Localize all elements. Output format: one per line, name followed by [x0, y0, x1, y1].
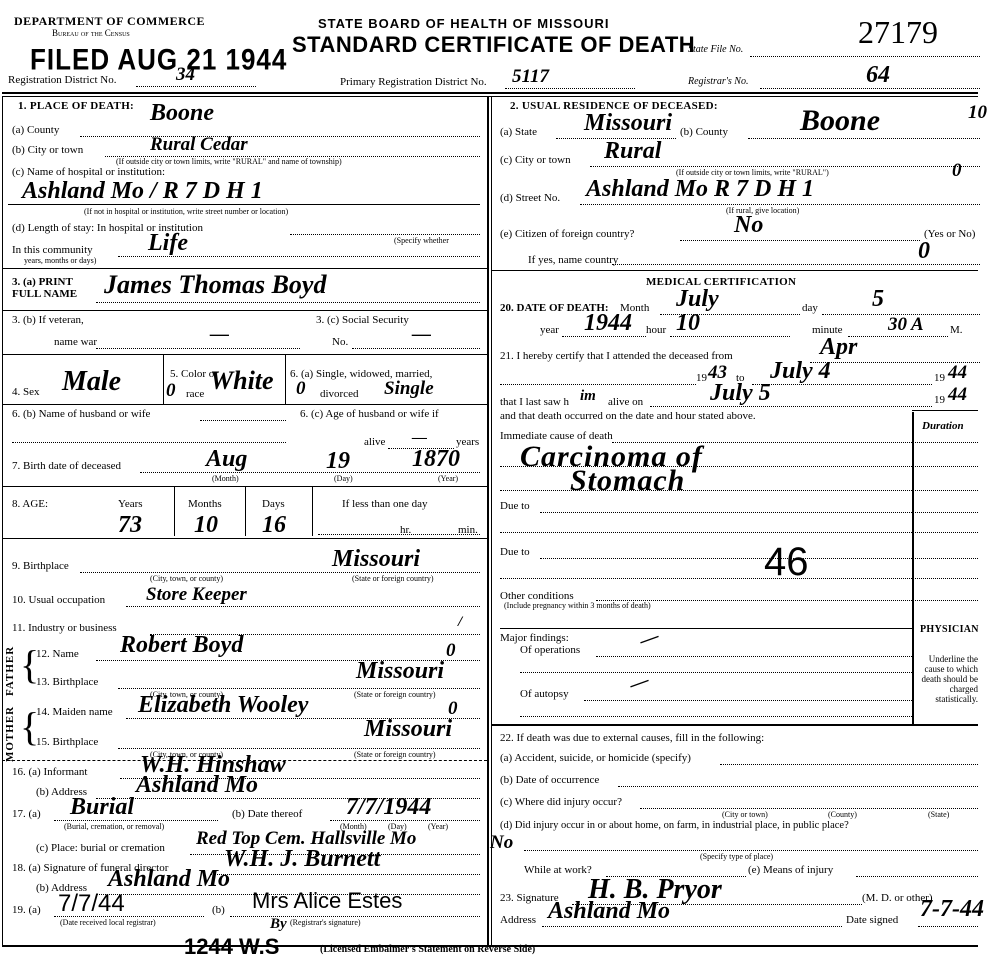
registrar-sig-note: (Registrar's signature) — [290, 918, 361, 927]
specify-note: (Specify whether — [394, 236, 449, 245]
community-label: In this community — [12, 244, 93, 256]
death-month-value: July — [676, 286, 719, 313]
of-operations-label: Of operations — [520, 644, 580, 656]
spouse-age-value: — — [412, 430, 427, 447]
director-address-value: Ashland Mo — [108, 866, 230, 893]
full-name-value: James Thomas Boyd — [104, 270, 326, 300]
mother-side-label: MOTHER — [4, 700, 16, 762]
death-year-value: 1944 — [584, 310, 632, 337]
foreign-country-value: 0 — [918, 238, 930, 265]
burial-place-label: (c) Place: burial or cremation — [36, 842, 165, 854]
full-name-label-2: FULL NAME — [12, 288, 77, 300]
alive-label: alive — [364, 436, 385, 448]
physician-address-value: Ashland Mo — [548, 898, 670, 925]
birth-year-value: 1870 — [412, 446, 460, 473]
citizen-value: No — [734, 212, 763, 239]
injury-location-label: (c) Where did injury occur? — [500, 796, 622, 808]
attended-to-year: 44 — [948, 362, 967, 384]
occupation-value: Store Keeper — [146, 584, 247, 606]
death-city-value: Rural Cedar — [150, 134, 248, 156]
injury-county-note: (County) — [828, 810, 857, 819]
mother-birthplace-label: 15. Birthplace — [36, 736, 98, 748]
birthplace-city-note: (City, town, or county) — [150, 574, 223, 583]
alive-on-label: alive on — [608, 396, 643, 408]
disposal-date-value: 7/7/1944 — [346, 794, 431, 821]
age-days-value: 16 — [262, 512, 286, 539]
dept-heading: DEPARTMENT OF COMMERCE — [14, 14, 205, 29]
race-code: 0 — [166, 380, 176, 402]
ssn-value: — — [412, 324, 431, 346]
hospital-note: (If not in hospital or institution, writ… — [84, 207, 288, 216]
last-saw-pronoun: im — [580, 388, 596, 405]
birth-day-value: 19 — [326, 448, 350, 475]
father-state-note: (State or foreign country) — [354, 690, 436, 699]
registrar-sig-label: (b) — [212, 904, 225, 916]
death-year-label: year — [540, 324, 559, 336]
funeral-director-value: W.H. J. Burnett — [224, 846, 380, 873]
footer-code: 1244 W.S — [184, 934, 279, 960]
birthplace-state-note: (State or foreign country) — [352, 574, 434, 583]
last-saw-date: July 5 — [710, 380, 771, 407]
physician-note: Underline the cause to which death shoul… — [914, 654, 978, 704]
foreign-country-label: If yes, name country — [528, 254, 618, 266]
residence-state-value: Missouri — [584, 110, 672, 137]
informant-label: 16. (a) Informant — [12, 766, 87, 778]
informant-address-value: Ashland Mo — [136, 772, 258, 799]
hospital-label: (c) Name of hospital or institution: — [12, 166, 165, 178]
state-file-label: State File No. — [688, 44, 743, 55]
race-label: race — [186, 388, 204, 400]
received-date-note: (Date received local registrar) — [60, 918, 156, 927]
residence-city-code: 0 — [952, 160, 962, 182]
of-autopsy-label: Of autopsy — [520, 688, 569, 700]
last-saw-label: that I last saw h — [500, 396, 569, 408]
sex-value: Male — [62, 366, 121, 398]
bureau-heading: Bureau of the Census — [52, 28, 130, 38]
disposal-date-label: (b) Date thereof — [232, 808, 302, 820]
death-hour-value: 10 — [676, 310, 700, 337]
registration-district-label: Registration District No. — [8, 74, 116, 86]
residence-county-code: 10 — [968, 102, 987, 124]
mother-name-value: Elizabeth Wooley — [138, 692, 308, 719]
citizen-label: (e) Citizen of foreign country? — [500, 228, 634, 240]
death-occurred-statement: and that death occurred on the date and … — [500, 410, 756, 422]
margin-mark: No — [490, 832, 513, 854]
residence-city-value: Rural — [604, 138, 661, 165]
marital-code: 0 — [296, 378, 306, 400]
primary-registration-no: 5117 — [512, 66, 549, 88]
full-name-label-1: 3. (a) PRINT — [12, 276, 73, 288]
age-years-value: 73 — [118, 512, 142, 539]
attended-to-date: July 4 — [770, 358, 831, 385]
age-days-header: Days — [262, 498, 285, 510]
death-county-label: (a) County — [12, 124, 59, 136]
age-months-value: 10 — [194, 512, 218, 539]
received-date-label: 19. (a) — [12, 904, 41, 916]
registrar-signature-value: Mrs Alice Estes — [252, 888, 402, 914]
injury-state-note: (State) — [928, 810, 949, 819]
certify-label: 21. I hereby certify that I attended the… — [500, 350, 733, 362]
death-city-note: (If outside city or town limits, write "… — [116, 157, 342, 166]
attended-from-month: Apr — [820, 334, 857, 361]
race-value: White — [210, 366, 274, 396]
yes-no-note: (Yes or No) — [924, 228, 975, 240]
death-city-label: (b) City or town — [12, 144, 83, 156]
day-caption: (Day) — [334, 474, 353, 483]
war-label: name war — [54, 336, 97, 348]
month-caption: (Month) — [212, 474, 239, 483]
father-birthplace-label: 13. Birthplace — [36, 676, 98, 688]
disposal-note: (Burial, cremation, or removal) — [64, 822, 164, 831]
state-file-number: 27179 — [858, 14, 938, 51]
father-code: 0 — [446, 640, 456, 662]
from-year-prefix: 19 — [696, 372, 707, 384]
father-name-value: Robert Boyd — [120, 632, 243, 659]
industry-value: / — [458, 614, 462, 631]
father-side-label: FATHER — [4, 640, 16, 696]
birthplace-label: 9. Birthplace — [12, 560, 69, 572]
filed-stamp: FILED AUG 21 1944 — [30, 42, 287, 78]
death-day-value: 5 — [872, 286, 884, 313]
major-findings-label: Major findings: — [500, 632, 569, 644]
residence-street-label: (d) Street No. — [500, 192, 560, 204]
mother-name-label: 14. Maiden name — [36, 706, 113, 718]
less-than-day-header: If less than one day — [342, 498, 428, 510]
registrar-by: By — [270, 916, 287, 933]
age-years-header: Years — [118, 498, 143, 510]
other-conditions-note: (Include pregnancy within 3 months of de… — [504, 601, 651, 610]
age-months-header: Months — [188, 498, 222, 510]
duration-header: Duration — [922, 420, 964, 432]
age-label: 8. AGE: — [12, 498, 48, 510]
date-signed-label: Date signed — [846, 914, 898, 926]
due-to-label-2: Due to — [500, 546, 530, 558]
birthplace-value: Missouri — [332, 546, 420, 573]
residence-city-label: (c) City or town — [500, 154, 571, 166]
sex-label: 4. Sex — [12, 386, 40, 398]
operations-dash: — — [637, 625, 662, 652]
accident-label: (a) Accident, suicide, or homicide (spec… — [500, 752, 691, 764]
autopsy-dash: — — [627, 669, 652, 696]
place-type-note: (Specify type of place) — [700, 852, 773, 861]
community-note: years, months or days) — [24, 256, 96, 265]
occupation-label: 10. Usual occupation — [12, 594, 105, 606]
place-of-death-title: 1. PLACE OF DEATH: — [18, 100, 134, 112]
death-county-value: Boone — [150, 100, 214, 127]
war-value: — — [210, 324, 229, 346]
registrar-number: 64 — [866, 62, 890, 89]
to-year-prefix: 19 — [934, 372, 945, 384]
registration-district-no: 34 — [176, 64, 195, 86]
ssn-label: 3. (c) Social Security — [316, 314, 409, 326]
residence-county-label: (b) County — [680, 126, 728, 138]
external-causes-title: 22. If death was due to external causes,… — [500, 732, 764, 744]
physician-header: PHYSICIAN — [920, 624, 979, 635]
disposal-value: Burial — [70, 794, 134, 821]
last-year-prefix: 19 — [934, 394, 945, 406]
residence-county-value: Boone — [800, 104, 880, 138]
industry-label: 11. Industry or business — [12, 622, 117, 634]
footer-note: (Licensed Embalmer's Statement on Revers… — [320, 944, 535, 955]
veteran-label: 3. (b) If veteran, — [12, 314, 84, 326]
birth-month-value: Aug — [206, 446, 247, 473]
am-suffix: M. — [950, 324, 963, 336]
cause-line-2: Stomach — [570, 464, 685, 498]
community-value: Life — [148, 230, 188, 257]
death-hour-label: hour — [646, 324, 666, 336]
residence-street-value: Ashland Mo R 7 D H 1 — [586, 176, 814, 203]
physician-address-label: Address — [500, 914, 536, 926]
death-minute-value: 30 A — [888, 314, 924, 336]
received-date-value: 7/7/44 — [58, 890, 125, 918]
year-caption: (Year) — [438, 474, 458, 483]
birth-date-label: 7. Birth date of deceased — [12, 460, 121, 472]
father-name-label: 12. Name — [36, 648, 79, 660]
father-birthplace-value: Missouri — [356, 658, 444, 685]
certificate-title: STANDARD CERTIFICATE OF DEATH — [292, 32, 695, 58]
occurrence-date-label: (b) Date of occurrence — [500, 774, 599, 786]
last-saw-year: 44 — [948, 384, 967, 406]
mother-state-note: (State or foreign country) — [354, 750, 436, 759]
means-of-injury-label: (e) Means of injury — [748, 864, 833, 876]
marital-value: Single — [384, 378, 434, 400]
while-at-work-label: While at work? — [524, 864, 592, 876]
injury-city-note: (City or town) — [722, 810, 768, 819]
death-day-label: day — [802, 302, 818, 314]
mother-birthplace-value: Missouri — [364, 716, 452, 743]
state-board-heading: STATE BOARD OF HEALTH OF MISSOURI — [318, 16, 610, 31]
injury-place-type-label: (d) Did injury occur in or about home, o… — [500, 820, 849, 831]
primary-registration-label: Primary Registration District No. — [340, 76, 487, 88]
medical-cert-title: MEDICAL CERTIFICATION — [646, 276, 796, 288]
disposal-label: 17. (a) — [12, 808, 41, 820]
date-signed-value: 7-7-44 — [920, 896, 984, 923]
ssn-no-label: No. — [332, 336, 348, 348]
spouse-label: 6. (b) Name of husband or wife — [12, 408, 150, 420]
hospital-value: Ashland Mo / R 7 D H 1 — [22, 178, 263, 205]
disposal-year-caption: (Year) — [428, 822, 448, 831]
registrar-number-label: Registrar's No. — [688, 76, 748, 87]
divorced-label: divorced — [320, 388, 358, 400]
due-to-label-1: Due to — [500, 500, 530, 512]
spouse-age-label: 6. (c) Age of husband or wife if — [300, 408, 439, 420]
residence-state-label: (a) State — [500, 126, 537, 138]
